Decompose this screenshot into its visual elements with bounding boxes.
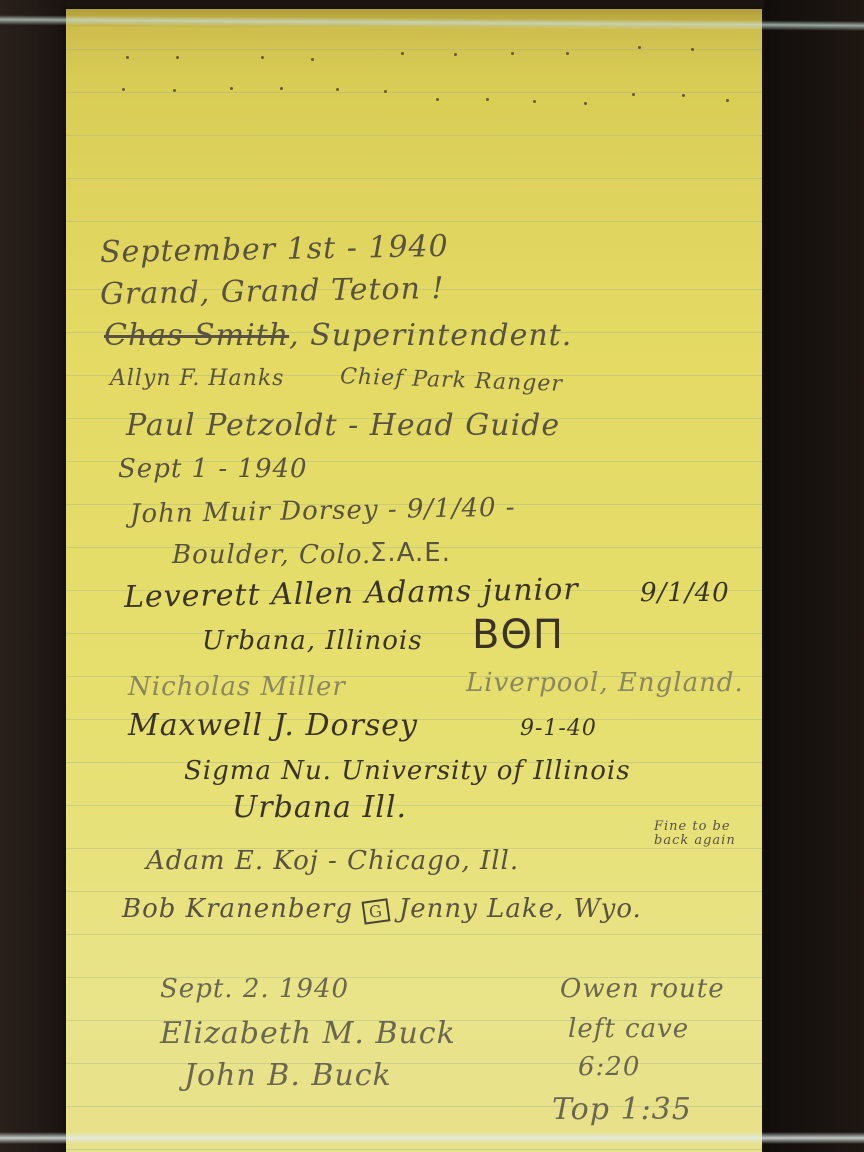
entry-dorsey-john-place: Boulder, Colo. bbox=[172, 540, 371, 570]
entry-dorsey-maxwell-place: Urbana Ill. bbox=[232, 790, 407, 825]
entry-dorsey-maxwell: Maxwell J. Dorsey bbox=[128, 708, 418, 743]
superintendent-name: Chas Smith bbox=[104, 318, 289, 353]
entry-buck-john: John B. Buck bbox=[184, 1058, 392, 1093]
glass-reflection-bottom bbox=[0, 1132, 864, 1144]
entry-left-cave: left cave bbox=[568, 1014, 689, 1044]
pinholes bbox=[66, 40, 762, 110]
entry-miller-place: Liverpool, England. bbox=[466, 668, 744, 698]
entry-exclaim: Grand, Grand Teton ! bbox=[100, 271, 445, 312]
entry-left-time: 6:20 bbox=[578, 1052, 640, 1082]
entry-route: Owen route bbox=[560, 974, 725, 1004]
entry-dorsey-john-frat: Σ.A.E. bbox=[370, 538, 451, 568]
entry-dorsey-maxwell-affil: Sigma Nu. University of Illinois bbox=[184, 756, 631, 786]
entry-date-2: Sept 1 - 1940 bbox=[118, 454, 308, 484]
entry-date-3: Sept. 2. 1940 bbox=[160, 974, 349, 1004]
kranenberg-badge: G bbox=[362, 898, 391, 924]
entry-date-1: September 1st - 1940 bbox=[100, 229, 449, 270]
entry-guide: Paul Petzoldt - Head Guide bbox=[126, 408, 560, 443]
entry-miller-name: Nicholas Miller bbox=[128, 672, 346, 702]
entry-kranenberg: Bob KranenbergGJenny Lake, Wyo. bbox=[122, 894, 642, 924]
entry-buck-elizabeth: Elizabeth M. Buck bbox=[160, 1016, 456, 1051]
superintendent-title: , Superintendent. bbox=[289, 318, 572, 353]
kranenberg-name: Bob Kranenberg bbox=[122, 894, 353, 924]
entry-margin-note: Fine to be back again bbox=[654, 820, 754, 848]
entry-adams-date: 9/1/40 bbox=[640, 578, 730, 608]
backdrop-left bbox=[0, 0, 66, 1152]
entry-adams-place: Urbana, Illinois bbox=[202, 626, 423, 656]
entry-ranger-name: Allyn F. Hanks bbox=[110, 366, 284, 391]
kranenberg-place: Jenny Lake, Wyo. bbox=[399, 894, 642, 924]
entry-dorsey-maxwell-date: 9-1-40 bbox=[520, 716, 597, 741]
entry-koj: Adam E. Koj - Chicago, Ill. bbox=[146, 846, 519, 876]
entry-adams-frat: BΘΠ bbox=[472, 612, 564, 658]
entry-top-time: Top 1:35 bbox=[552, 1092, 692, 1127]
entry-superintendent: Chas Smith, Superintendent. bbox=[104, 318, 572, 353]
backdrop-right bbox=[764, 0, 864, 1152]
